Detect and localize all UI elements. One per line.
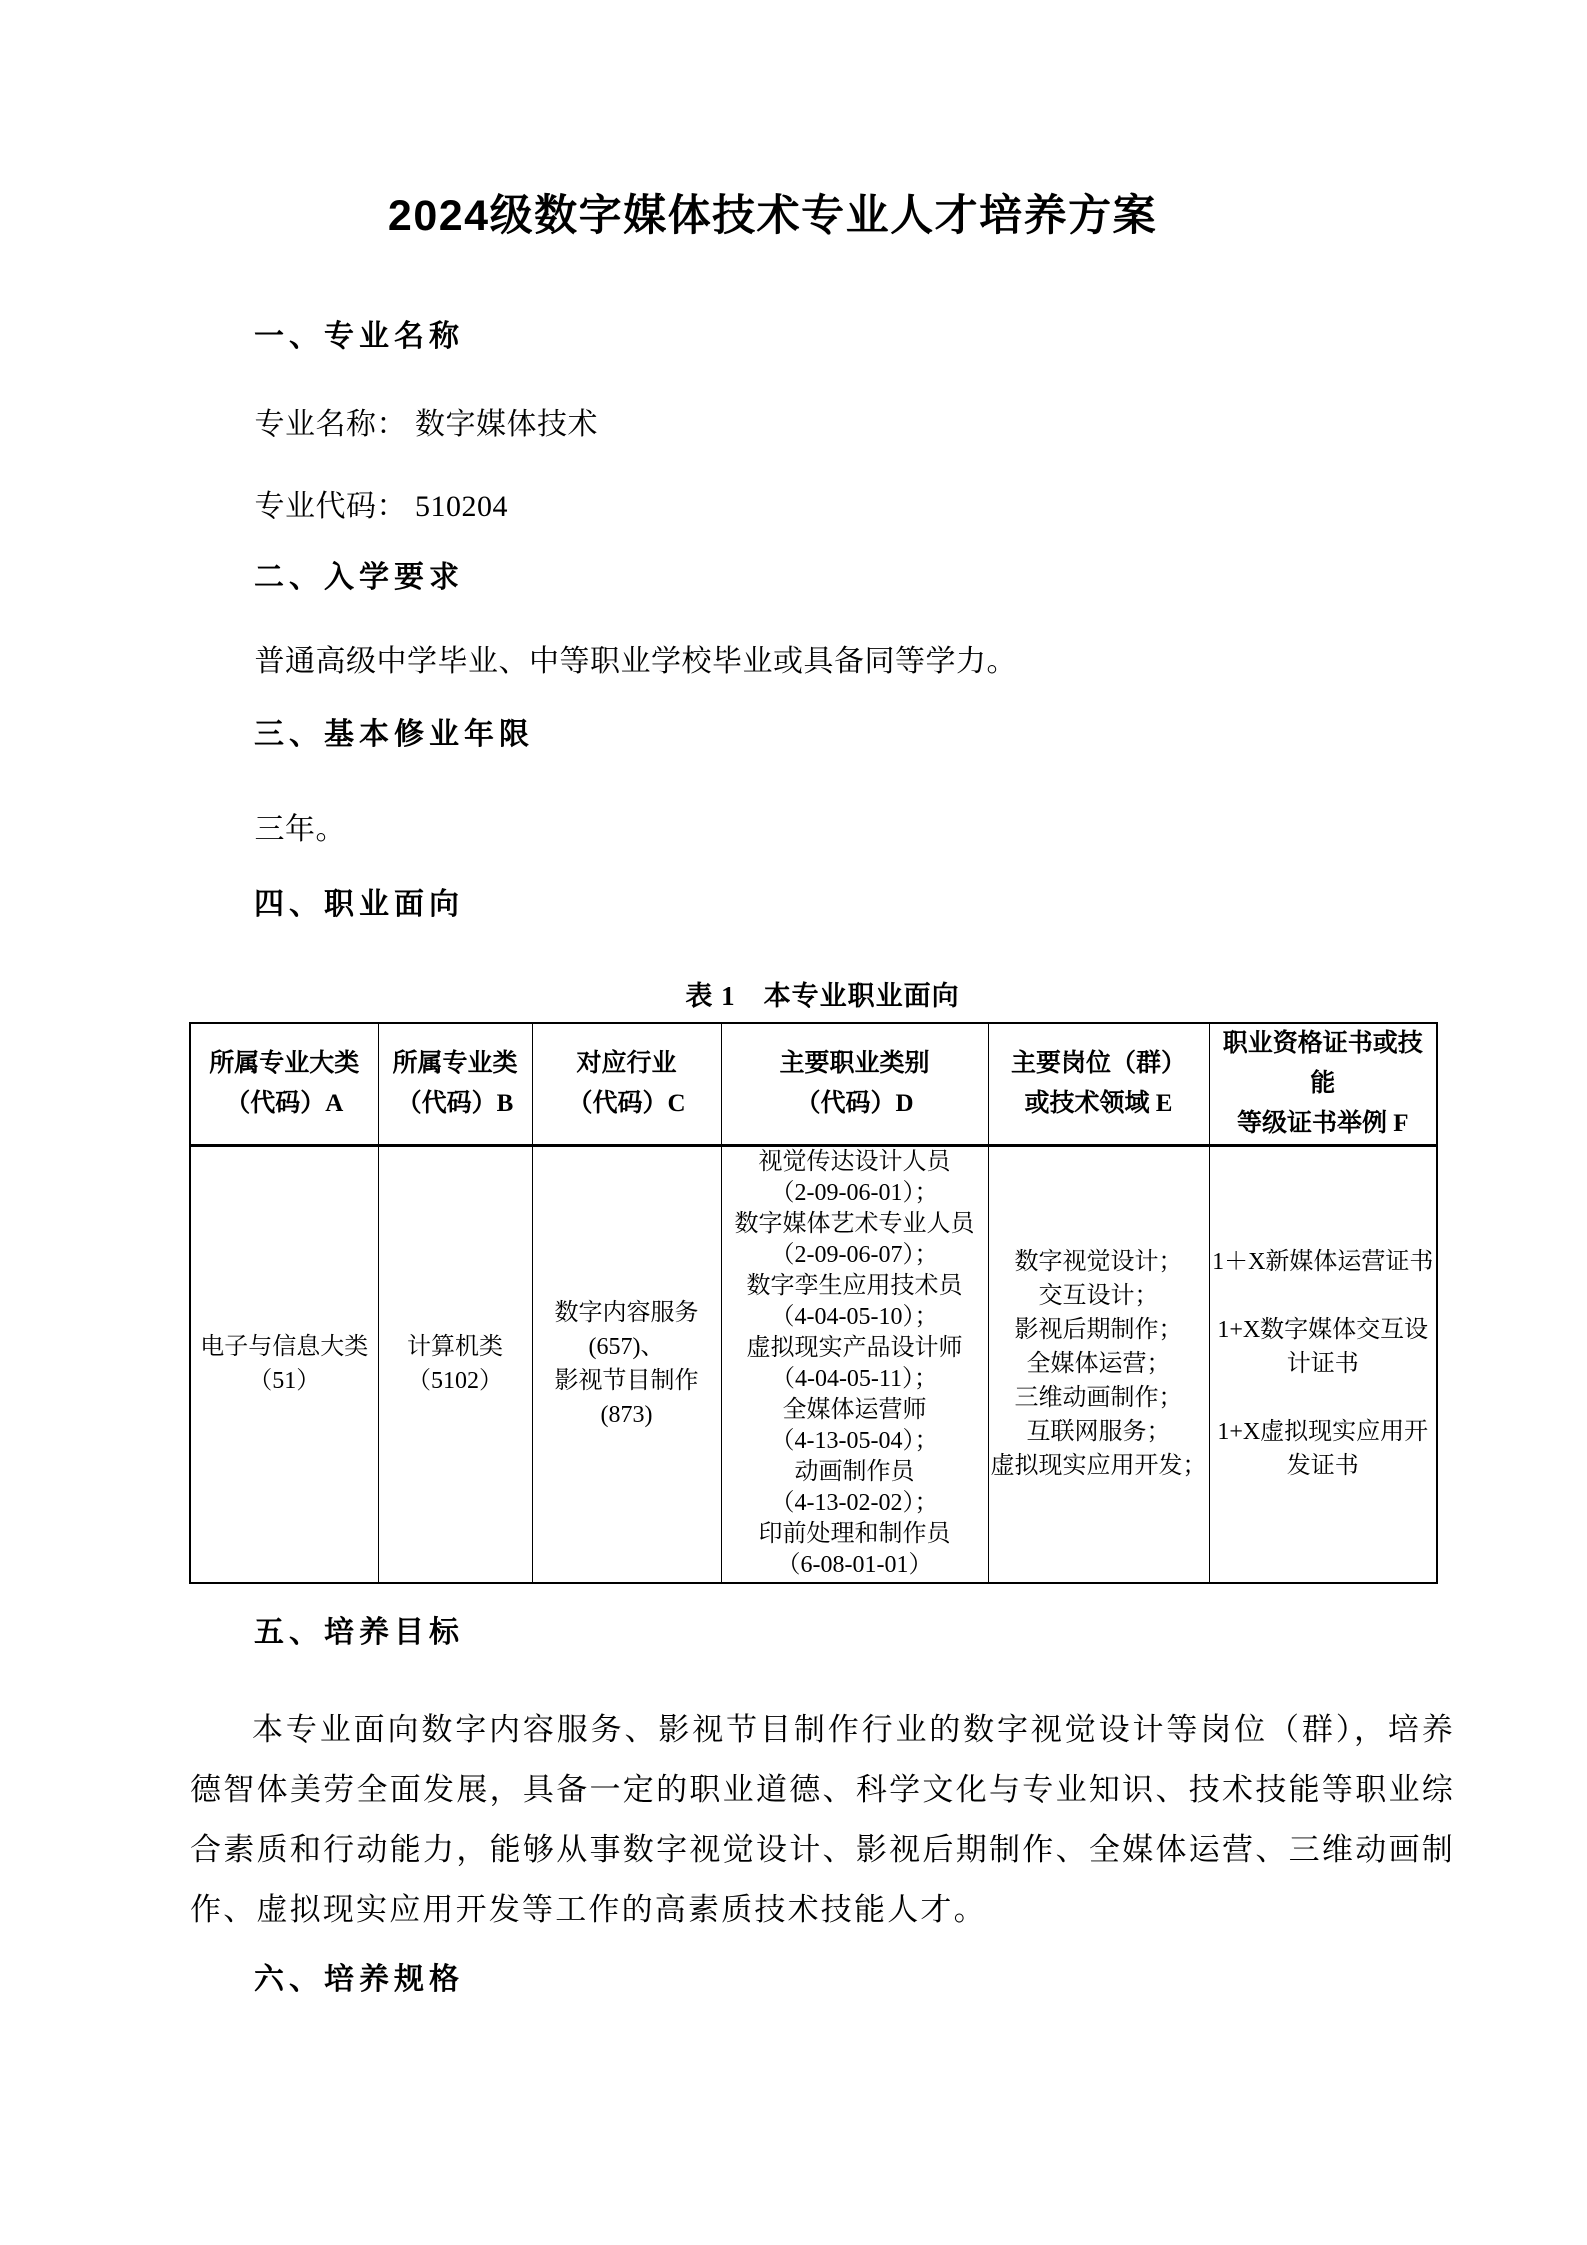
document-page: 2024级数字媒体技术专业人才培养方案 一、专业名称 专业名称： 数字媒体技术 … [0,0,1587,2245]
paragraph-major-code: 专业代码： 510204 [190,487,1455,527]
heading-section-3: 三、基本修业年限 [254,717,1455,753]
paragraph-study-duration: 三年。 [190,810,1455,850]
td-certificates: 1＋X新媒体运营证书 1+X数字媒体交互设计证书 1+X虚拟现实应用开发证书 [1209,1146,1437,1583]
table-caption: 表 1 本专业职业面向 [190,979,1455,1013]
td-occupation-category: 视觉传达设计人员 （2-09-06-01）； 数字媒体艺术专业人员 （2-09-… [721,1146,988,1583]
table-header-row: 所属专业大类 （代码）A 所属专业类 （代码）B 对应行业 （代码）C 主要职业… [190,1023,1437,1146]
th-major-class: 所属专业类 （代码）B [378,1023,532,1146]
th-occupation-category: 主要职业类别 （代码）D [721,1023,988,1146]
td-major-category: 电子与信息大类 （51） [190,1146,378,1583]
career-orientation-table: 所属专业大类 （代码）A 所属专业类 （代码）B 对应行业 （代码）C 主要职业… [189,1022,1438,1584]
heading-section-4: 四、职业面向 [254,887,1455,923]
th-major-category: 所属专业大类 （代码）A [190,1023,378,1146]
th-industry: 对应行业 （代码）C [532,1023,721,1146]
heading-section-6: 六、培养规格 [254,1962,1455,1998]
document-title: 2024级数字媒体技术专业人才培养方案 [190,190,1455,242]
paragraph-training-objectives: 本专业面向数字内容服务、影视节目制作行业的数字视觉设计等岗位（群），培养德智体美… [190,1700,1455,1940]
th-main-positions: 主要岗位（群） 或技术领域 E [988,1023,1209,1146]
td-major-class: 计算机类 （5102） [378,1146,532,1583]
paragraph-major-name: 专业名称： 数字媒体技术 [190,405,1455,445]
paragraph-admission-requirements: 普通高级中学毕业、中等职业学校毕业或具备同等学力。 [190,642,1455,682]
table-data-row: 电子与信息大类 （51） 计算机类 （5102） 数字内容服务 (657)、 影… [190,1146,1437,1583]
td-industry: 数字内容服务 (657)、 影视节目制作 (873) [532,1146,721,1583]
heading-section-1: 一、专业名称 [254,319,1455,355]
td-main-positions: 数字视觉设计； 交互设计； 影视后期制作； 全媒体运营； 三维动画制作； 互联网… [988,1146,1209,1583]
heading-section-2: 二、入学要求 [254,560,1455,596]
heading-section-5: 五、培养目标 [254,1615,1455,1651]
th-certificates: 职业资格证书或技能 等级证书举例 F [1209,1023,1437,1146]
